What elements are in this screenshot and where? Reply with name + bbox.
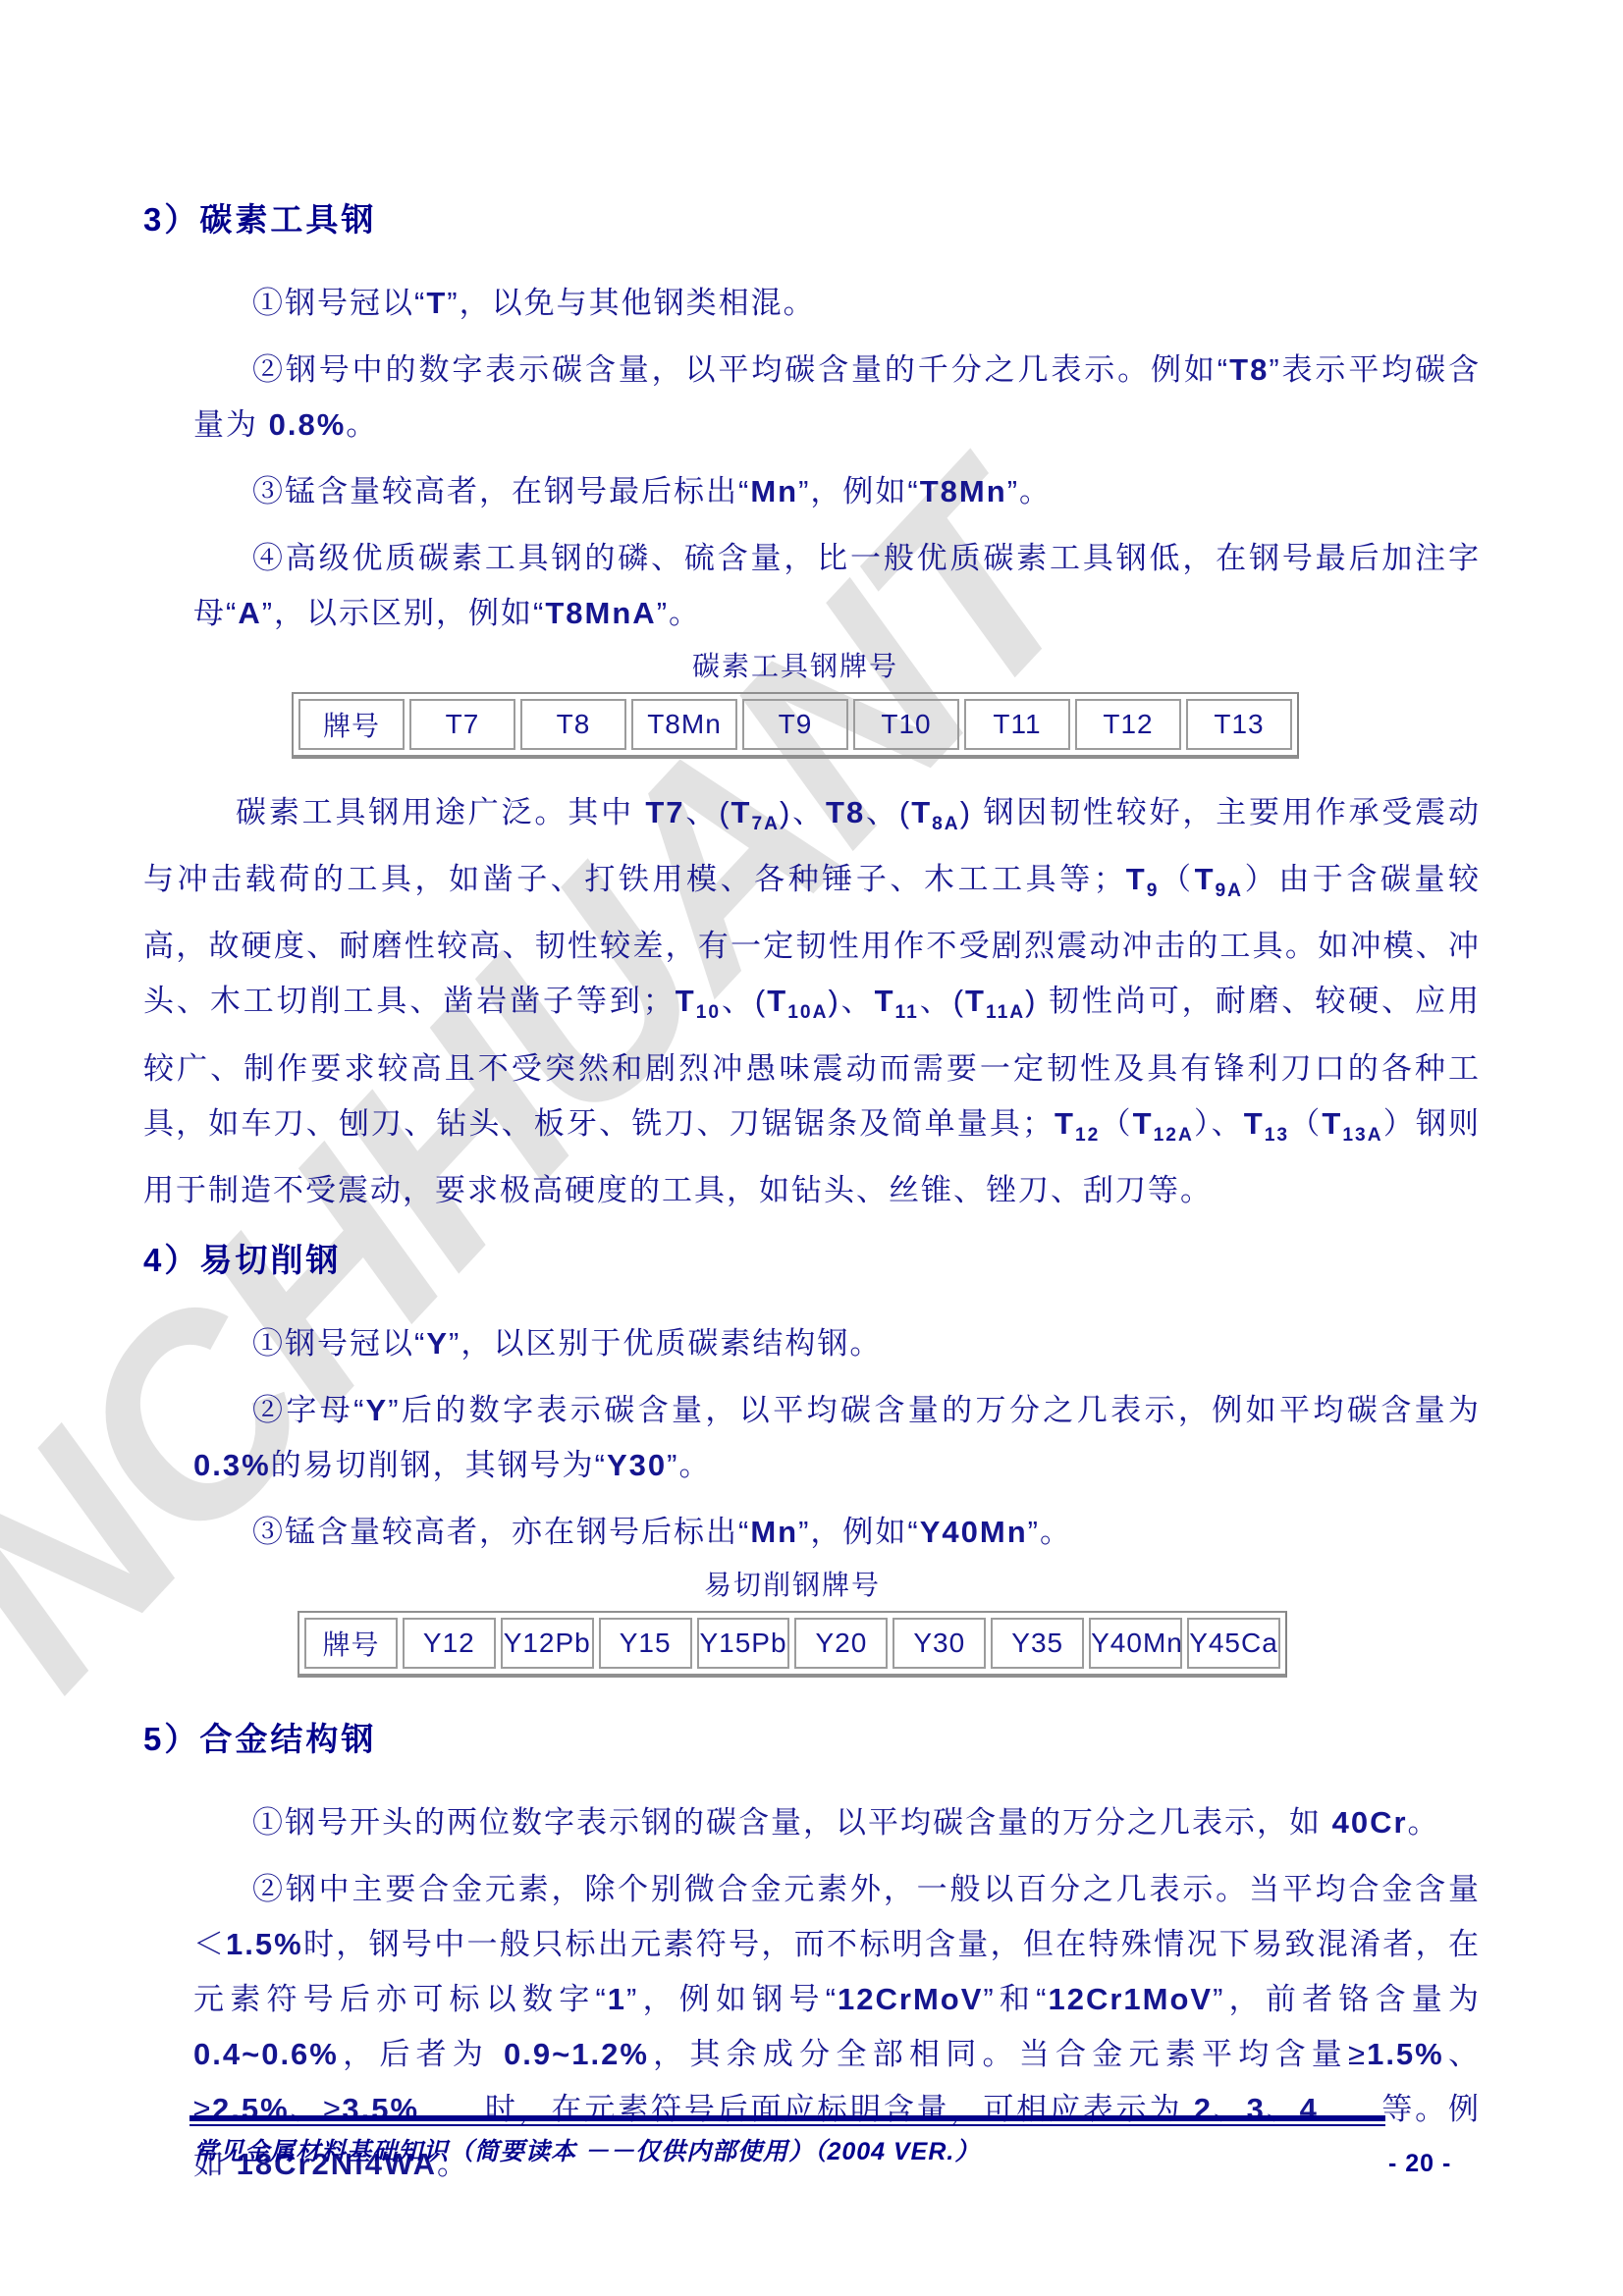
table-block-free-cutting-steel: 易切削钢牌号 牌号Y12Y12PbY15Y15PbY20Y30Y35Y40MnY… [298, 1568, 1287, 1678]
table-cell: T13 [1186, 699, 1292, 750]
table-cell: Y35 [991, 1618, 1084, 1669]
table-cell: Y40Mn [1089, 1618, 1182, 1669]
table-row: 牌号Y12Y12PbY15Y15PbY20Y30Y35Y40MnY45Ca [304, 1618, 1280, 1669]
table-cell: Y15Pb [697, 1618, 790, 1669]
list-item: ②钢号中的数字表示碳含量，以平均碳含量的千分之几表示。例如“T8”表示平均碳含量… [193, 343, 1481, 453]
list-item: ①钢号开头的两位数字表示钢的碳含量，以平均碳含量的万分之几表示，如 40Cr。 [193, 1795, 1481, 1850]
section-carbon-tool-steel: 3）碳素工具钢 ①钢号冠以“T”，以免与其他钢类相混。②钢号中的数字表示碳含量，… [143, 199, 1481, 1218]
list-item: ③锰含量较高者，亦在钢号后标出“Mn”，例如“Y40Mn”。 [193, 1505, 1481, 1560]
table-cell: 牌号 [304, 1618, 398, 1669]
body-paragraph: 碳素工具钢用途广泛。其中 T7、(T7A)、T8、(T8A) 钢因韧性较好，主要… [143, 785, 1481, 1218]
table-cell: Y12Pb [501, 1618, 594, 1669]
document-page: NCHHUANT 3）碳素工具钢 ①钢号冠以“T”，以免与其他钢类相混。②钢号中… [0, 0, 1623, 2296]
footer-title: 常见金属材料基础知识（简要读本 －－仅供内部使用）（2004 VER.） [193, 2132, 980, 2167]
table-cell: T11 [964, 699, 1070, 750]
list-item: ①钢号冠以“T”，以免与其他钢类相混。 [193, 276, 1481, 331]
table-cell: T7 [409, 699, 515, 750]
table-cell: T8Mn [631, 699, 737, 750]
table-cell: Y30 [893, 1618, 986, 1669]
table-cell: Y20 [794, 1618, 888, 1669]
table-cell: 牌号 [298, 699, 405, 750]
list-item: ④高级优质碳素工具钢的磷、硫含量，比一般优质碳素工具钢低，在钢号最后加注字母“A… [193, 531, 1481, 641]
list-item: ②字母“Y”后的数字表示碳含量，以平均碳含量的万分之几表示，例如平均碳含量为 0… [193, 1383, 1481, 1493]
section-heading: 4）易切削钢 [143, 1240, 1481, 1281]
table-title: 易切削钢牌号 [298, 1568, 1287, 1603]
numbered-item-list: ①钢号冠以“T”，以免与其他钢类相混。②钢号中的数字表示碳含量，以平均碳含量的千… [143, 276, 1481, 641]
table-cell: T12 [1075, 699, 1181, 750]
table-cell: T8 [520, 699, 626, 750]
section-heading: 3）碳素工具钢 [143, 199, 1481, 240]
table-cell: Y45Ca [1187, 1618, 1280, 1669]
footer-rule [189, 2115, 1385, 2126]
list-item: ①钢号冠以“Y”，以区别于优质碳素结构钢。 [193, 1316, 1481, 1371]
section-heading: 5）合金结构钢 [143, 1719, 1481, 1760]
table-cell: Y12 [403, 1618, 496, 1669]
page-number: - 20 - [1388, 2150, 1451, 2178]
table-row: 牌号T7T8T8MnT9T10T11T12T13 [298, 699, 1292, 750]
grade-table-free-cutting-steel: 牌号Y12Y12PbY15Y15PbY20Y30Y35Y40MnY45Ca [298, 1611, 1287, 1678]
grade-table-carbon-tool-steel: 牌号T7T8T8MnT9T10T11T12T13 [292, 692, 1299, 759]
table-cell: T9 [742, 699, 848, 750]
table-cell: T10 [853, 699, 959, 750]
list-item: ③锰含量较高者，在钢号最后标出“Mn”，例如“T8Mn”。 [193, 464, 1481, 519]
numbered-item-list: ①钢号冠以“Y”，以区别于优质碳素结构钢。②字母“Y”后的数字表示碳含量，以平均… [143, 1316, 1481, 1560]
page-content: 3）碳素工具钢 ①钢号冠以“T”，以免与其他钢类相混。②钢号中的数字表示碳含量，… [143, 199, 1481, 2204]
table-block-carbon-tool-steel: 碳素工具钢牌号 牌号T7T8T8MnT9T10T11T12T13 [292, 649, 1299, 759]
table-cell: Y15 [599, 1618, 692, 1669]
section-free-cutting-steel: 4）易切削钢 ①钢号冠以“Y”，以区别于优质碳素结构钢。②字母“Y”后的数字表示… [143, 1240, 1481, 1678]
table-title: 碳素工具钢牌号 [292, 649, 1299, 684]
